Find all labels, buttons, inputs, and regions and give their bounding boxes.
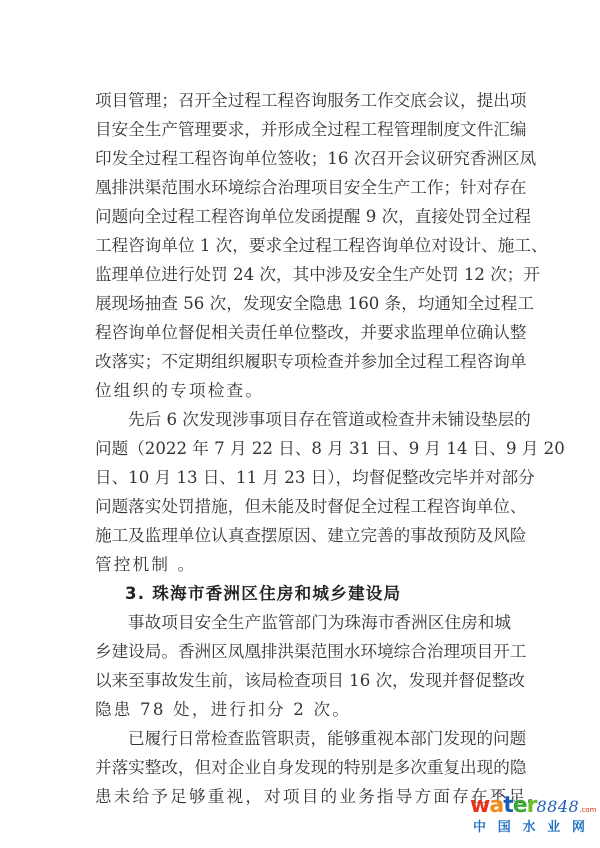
body-line: 凰排洪渠范围水环境综合治理项目安全生产工作；针对存在	[95, 173, 511, 202]
site-watermark: water8848.com 中 国 水 业 网	[470, 793, 590, 841]
body-line: 日、10 月 13 日、11 月 23 日），均督促整改完毕并对部分	[95, 463, 511, 492]
site-name-char: 中	[473, 820, 486, 836]
body-line: 监理单位进行处罚 24 次，其中涉及安全生产处罚 12 次；开	[95, 260, 511, 289]
body-line: 并落实整改，但对企业自身发现的特别是多次重复出现的隐	[95, 753, 511, 782]
paragraph-end-line: 位组织的专项检查。	[95, 376, 511, 405]
watermark-site-name: 中 国 水 业 网	[473, 820, 585, 836]
body-line: 改落实；不定期组织履职专项检查并参加全过程工程咨询单	[95, 347, 511, 376]
paragraph-start-line: 先后 6 次发现涉事项目存在管道或检查井未铺设垫层的	[95, 405, 511, 434]
logo-letter: e	[513, 793, 527, 819]
logo-domain-suffix: .com	[579, 806, 596, 814]
body-line: 乡建设局。香洲区凤凰排洪渠范围水环境综合治理项目开工	[95, 637, 511, 666]
logo-letter: w	[470, 793, 489, 819]
site-name-char: 水	[522, 820, 535, 836]
paragraph-start-line: 事故项目安全生产监管部门为珠海市香洲区住房和城	[95, 608, 511, 637]
document-body: 项目管理；召开全过程工程咨询服务工作交底会议，提出项 目安全生产管理要求，并形成…	[95, 86, 511, 811]
page-number: 13	[491, 790, 502, 800]
section-heading: 3. 珠海市香洲区住房和城乡建设局	[95, 579, 511, 608]
logo-letter: t	[503, 793, 513, 819]
site-name-char: 网	[572, 820, 585, 836]
body-line: 问题落实处罚措施，但未能及时督促全过程工程咨询单位、	[95, 492, 511, 521]
body-line: 以来至事故发生前，该局检查项目 16 次，发现并督促整改	[95, 666, 511, 695]
body-line: 施工及监理单位认真查摆原因、建立完善的事故预防及风险	[95, 521, 511, 550]
body-line: 展现场抽查 56 次，发现安全隐患 160 条，均通知全过程工	[95, 289, 511, 318]
logo-number: 8848	[537, 797, 580, 816]
paragraph-start-line: 已履行日常检查监管职责，能够重视本部门发现的问题	[95, 724, 511, 753]
paragraph-end-line: 患未给予足够重视，对项目的业务指导方面存在不足。	[95, 782, 511, 811]
watermark-logo: water8848.com	[470, 793, 596, 819]
logo-letter: r	[527, 793, 537, 819]
body-line: 程咨询单位督促相关责任单位整改，并要求监理单位确认整	[95, 318, 511, 347]
body-line: 问题向全过程工程咨询单位发函提醒 9 次，直接处罚全过程	[95, 202, 511, 231]
paragraph-end-line: 隐患 78 处，进行扣分 2 次。	[95, 695, 511, 724]
body-line: 印发全过程工程咨询单位签收；16 次召开会议研究香洲区凤	[95, 144, 511, 173]
site-name-char: 业	[547, 820, 560, 836]
body-line: 工程咨询单位 1 次，要求全过程工程咨询单位对设计、施工、	[95, 231, 511, 260]
body-line: 目安全生产管理要求，并形成全过程工程管理制度文件汇编	[95, 115, 511, 144]
document-page: 项目管理；召开全过程工程咨询服务工作交底会议，提出项 目安全生产管理要求，并形成…	[0, 0, 600, 848]
body-line: 项目管理；召开全过程工程咨询服务工作交底会议，提出项	[95, 86, 511, 115]
site-name-char: 国	[498, 820, 511, 836]
body-line: 问题（2022 年 7 月 22 日、8 月 31 日、9 月 14 日、9 月…	[95, 434, 511, 463]
paragraph-end-line: 管控机制 。	[95, 550, 511, 579]
